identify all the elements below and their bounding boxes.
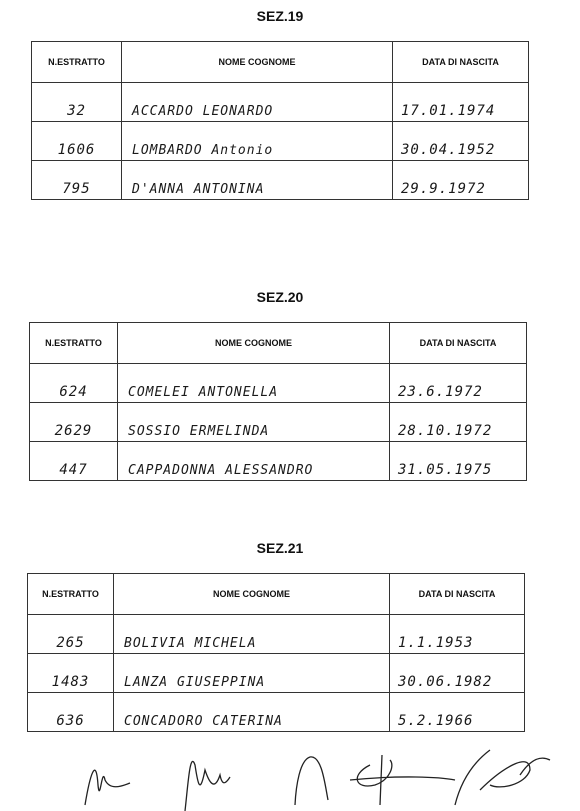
cell-data-nascita: 17.01.1974 (393, 83, 529, 122)
cell-n-estratto: 636 (28, 693, 114, 732)
table-row: 1606 LOMBARDO Antonio 30.04.1952 (32, 122, 529, 161)
signature-1 (85, 770, 130, 805)
signature-2 (185, 761, 230, 811)
cell-n-estratto: 1483 (28, 654, 114, 693)
cell-n-estratto: 624 (30, 364, 118, 403)
table-row: 447 CAPPADONNA ALESSANDRO 31.05.1975 (30, 442, 527, 481)
col-header-data-nascita: DATA DI NASCITA (393, 42, 529, 83)
cell-n-estratto: 447 (30, 442, 118, 481)
section-title-21: SEZ.21 (0, 540, 560, 556)
table-row: 624 COMELEI ANTONELLA 23.6.1972 (30, 364, 527, 403)
col-header-nome-cognome: NOME COGNOME (122, 42, 393, 83)
cell-nome-cognome: LOMBARDO Antonio (122, 122, 393, 161)
cell-nome-cognome: SOSSIO ERMELINDA (118, 403, 390, 442)
col-header-data-nascita: DATA DI NASCITA (390, 574, 525, 615)
cell-nome-cognome: CONCADORO CATERINA (114, 693, 390, 732)
cell-nome-cognome: ACCARDO LEONARDO (122, 83, 393, 122)
cell-data-nascita: 30.06.1982 (390, 654, 525, 693)
cell-n-estratto: 1606 (32, 122, 122, 161)
cell-n-estratto: 32 (32, 83, 122, 122)
table-sez-21: N.ESTRATTO NOME COGNOME DATA DI NASCITA … (27, 573, 525, 732)
table-row: 32 ACCARDO LEONARDO 17.01.1974 (32, 83, 529, 122)
signature-5 (455, 750, 550, 805)
cell-data-nascita: 23.6.1972 (390, 364, 527, 403)
cell-nome-cognome: COMELEI ANTONELLA (118, 364, 390, 403)
cell-nome-cognome: LANZA GIUSEPPINA (114, 654, 390, 693)
cell-n-estratto: 2629 (30, 403, 118, 442)
cell-nome-cognome: D'ANNA ANTONINA (122, 161, 393, 200)
cell-n-estratto: 795 (32, 161, 122, 200)
cell-data-nascita: 1.1.1953 (390, 615, 525, 654)
cell-n-estratto: 265 (28, 615, 114, 654)
col-header-nome-cognome: NOME COGNOME (118, 323, 390, 364)
cell-data-nascita: 5.2.1966 (390, 693, 525, 732)
table-row: 795 D'ANNA ANTONINA 29.9.1972 (32, 161, 529, 200)
col-header-data-nascita: DATA DI NASCITA (390, 323, 527, 364)
section-title-19: SEZ.19 (0, 8, 560, 24)
section-title-20: SEZ.20 (0, 289, 560, 305)
col-header-nome-cognome: NOME COGNOME (114, 574, 390, 615)
cell-data-nascita: 30.04.1952 (393, 122, 529, 161)
table-row: 1483 LANZA GIUSEPPINA 30.06.1982 (28, 654, 525, 693)
signature-4 (350, 755, 455, 805)
signatures (60, 745, 580, 811)
table-row: 265 BOLIVIA MICHELA 1.1.1953 (28, 615, 525, 654)
table-row: 2629 SOSSIO ERMELINDA 28.10.1972 (30, 403, 527, 442)
col-header-n-estratto: N.ESTRATTO (28, 574, 114, 615)
table-row: 636 CONCADORO CATERINA 5.2.1966 (28, 693, 525, 732)
cell-data-nascita: 29.9.1972 (393, 161, 529, 200)
signature-3 (295, 757, 328, 805)
cell-data-nascita: 28.10.1972 (390, 403, 527, 442)
cell-nome-cognome: BOLIVIA MICHELA (114, 615, 390, 654)
table-sez-19: N.ESTRATTO NOME COGNOME DATA DI NASCITA … (31, 41, 529, 200)
col-header-n-estratto: N.ESTRATTO (30, 323, 118, 364)
cell-nome-cognome: CAPPADONNA ALESSANDRO (118, 442, 390, 481)
cell-data-nascita: 31.05.1975 (390, 442, 527, 481)
col-header-n-estratto: N.ESTRATTO (32, 42, 122, 83)
table-sez-20: N.ESTRATTO NOME COGNOME DATA DI NASCITA … (29, 322, 527, 481)
